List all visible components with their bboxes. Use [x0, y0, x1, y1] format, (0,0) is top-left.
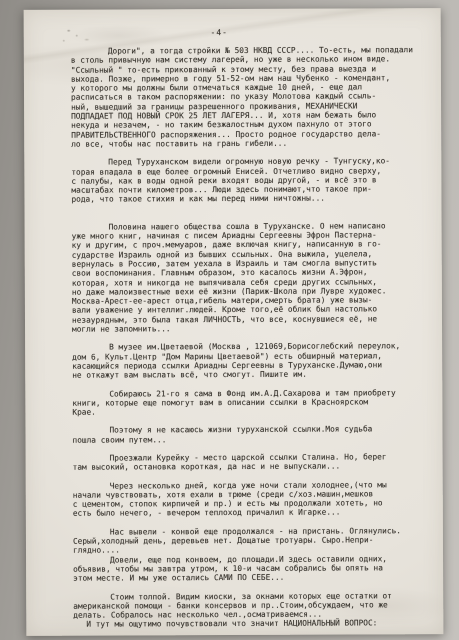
text-line: Серый,холодный день, деревьев нет. Дощат… — [73, 535, 413, 546]
paragraph: Довели, еще под конвоем, до площади.И зд… — [73, 554, 413, 583]
text-line: Крае. — [72, 406, 412, 417]
text-block: Дороги", а тогда стройки № 503 НКВД СССР… — [71, 45, 414, 629]
paragraph: Стоим толпой. Видим киоски, за окнами ко… — [73, 591, 413, 620]
paragraph: В музее им.Цветаевой (Москва , 121069,Бо… — [72, 342, 412, 381]
paragraph: Нас вывели - конвой еще продолжался - на… — [73, 526, 413, 555]
text-line: незаурядным, это была такая ЛИЧНОСТЬ, чт… — [72, 314, 412, 325]
page-number: -4- — [24, 27, 415, 38]
text-line: этом месте. И мы уже остались САМИ ПО СЕ… — [73, 572, 413, 583]
paragraph: Проезжали Курейку - место царской ссылки… — [73, 452, 413, 472]
text-line: могли не запомнить... — [72, 323, 412, 334]
paragraph: И тут мы ощутимо почувствовали что значи… — [73, 619, 413, 630]
text-line: ло все, чтобы нас поставить на грань гиб… — [71, 138, 411, 149]
paragraph: Собираюсь 21-го я сама в Фонд им.А.Д.Сах… — [72, 388, 412, 417]
paragraph: Поэтому я не касаюсь жизни туруханской с… — [72, 425, 412, 445]
text-line: пошла своим путем... — [72, 434, 412, 445]
text-line: книги, которые еще помогут вам в описани… — [72, 397, 412, 408]
paragraph: Дороги", а тогда стройки № 503 НКВД СССР… — [71, 45, 411, 149]
photo-background: -4- Дороги", а тогда стройки № 503 НКВД … — [0, 0, 459, 640]
text-line: И тут мы ощутимо почувствовали что значи… — [73, 619, 413, 630]
text-line: расписаться в таком распоряжении: по ука… — [71, 92, 411, 103]
paragraph: Через несколько дней, когда уже ночи ста… — [73, 480, 413, 519]
text-line: рода, что такое стихия и как мы перед ни… — [71, 194, 411, 205]
text-line: есть было нечего, - вечером теплоход при… — [73, 508, 413, 519]
paragraph: Половина нашего общества сошла в Турухан… — [72, 221, 412, 334]
text-line: там высокий, остановка короткая, да нас … — [73, 462, 413, 473]
paragraph: Перед Туруханском видели огромную новую … — [71, 156, 411, 204]
document-page: -4- Дороги", а тогда стройки № 503 НКВД … — [24, 8, 444, 636]
text-line: Поэтому я не касаюсь жизни туруханской с… — [72, 425, 412, 436]
text-line: не откажут вам выслать всё, что смогут. … — [72, 369, 412, 380]
